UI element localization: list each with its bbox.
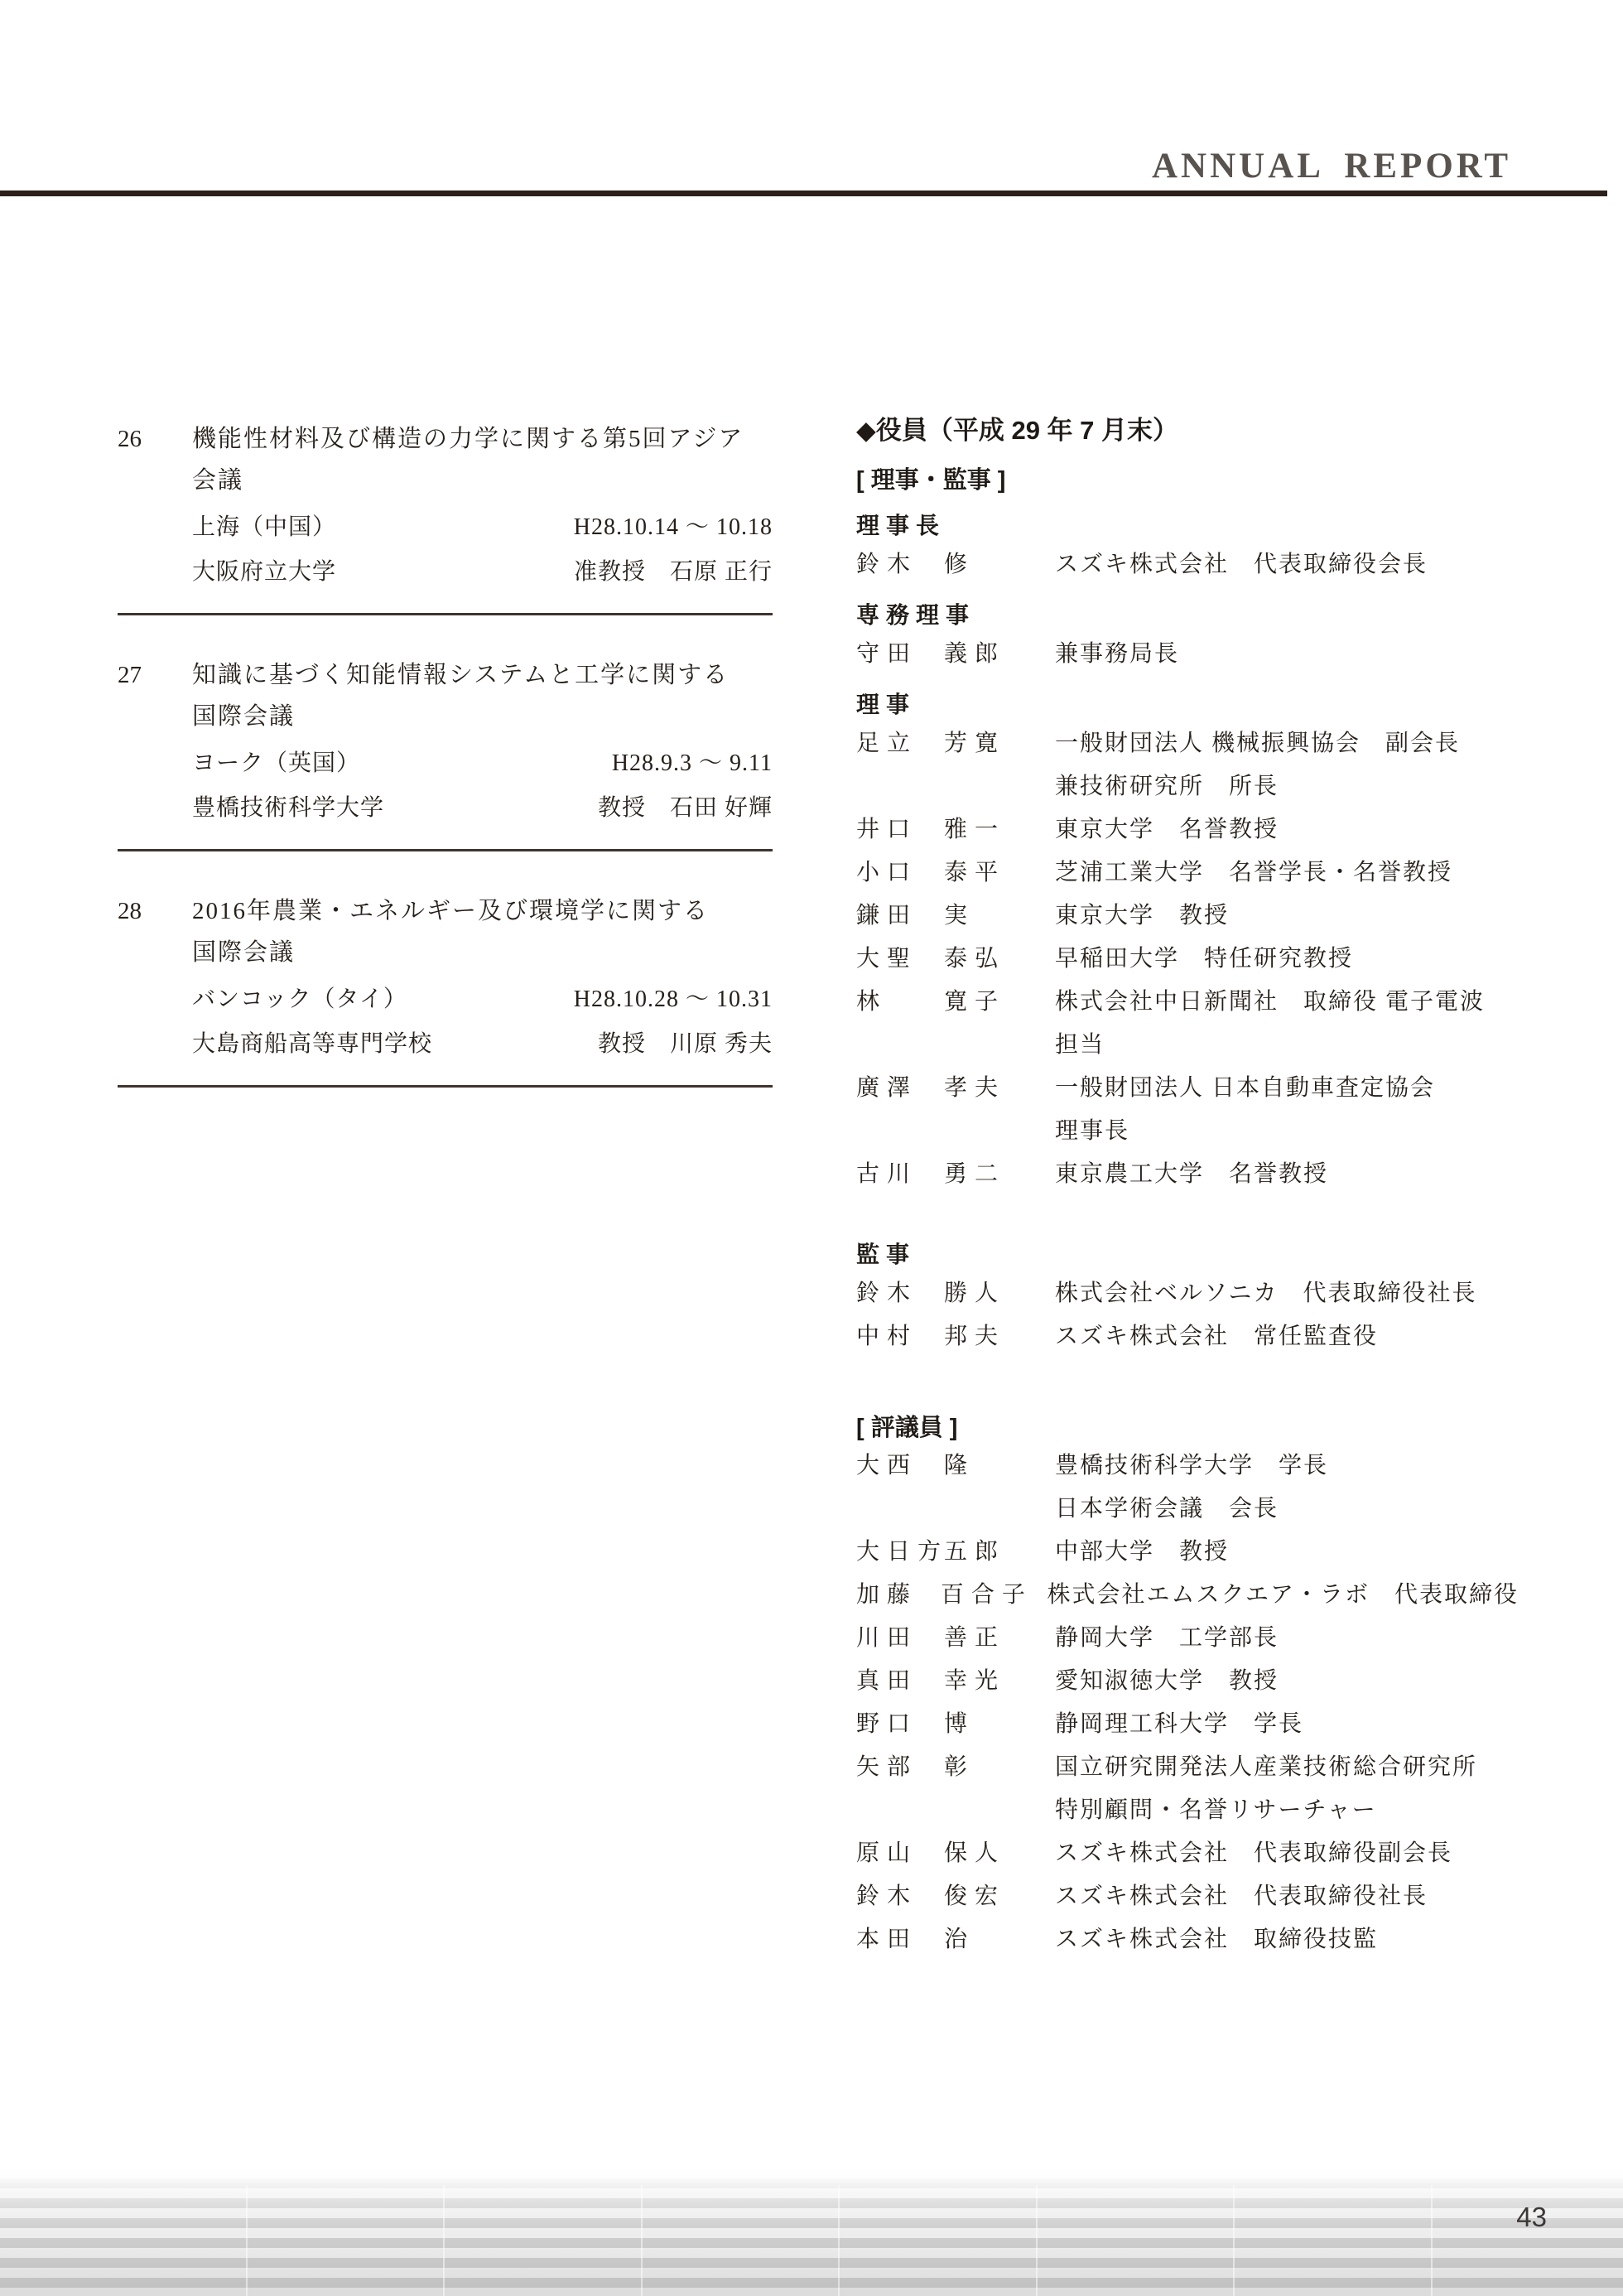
conference-venue: 上海（中国） <box>192 509 336 546</box>
member-row: 廣澤 孝夫 一般財団法人 日本自動車査定協会 理事長 <box>856 1067 1519 1153</box>
member-row: 守田 義郎 兼事務局長 <box>856 633 1519 676</box>
conference-date: H28.9.3 ～ 9.11 <box>612 745 773 782</box>
conference-venue: ヨーク（英国） <box>192 745 360 782</box>
conference-number: 26 <box>118 418 192 501</box>
member-row: 中村 邦夫 スズキ株式会社 常任監査役 <box>856 1315 1519 1358</box>
member-family-name: 中村 <box>856 1315 944 1358</box>
member-affiliation: 株式会社中日新聞社 取締役 電子電波 担当 <box>1055 981 1519 1067</box>
conference-title-line1: 2016年農業・エネルギー及び環境学に関する <box>192 890 773 932</box>
conference-title-line1: 知識に基づく知能情報システムと工学に関する <box>192 654 773 696</box>
conference-organization: 豊橋技術科学大学 <box>192 790 384 827</box>
conference-date: H28.10.14 ～ 10.18 <box>574 509 773 546</box>
member-family-name: 真田 <box>856 1660 944 1703</box>
section-label-auditors: 監事 <box>856 1237 1519 1272</box>
member-family-name: 鎌田 <box>856 895 944 938</box>
footer-grid-line <box>246 2185 248 2296</box>
header-rule <box>0 191 1607 196</box>
member-family-name: 鈴木 <box>856 543 944 586</box>
member-given-name: 邦夫 <box>944 1315 1055 1358</box>
member-family-name: 小口 <box>856 851 944 895</box>
member-row: 古川 勇二 東京農工大学 名誉教授 <box>856 1153 1519 1196</box>
conference-title-line1: 機能性材料及び構造の力学に関する第5回アジア <box>192 418 773 460</box>
member-row: 鈴木 修 スズキ株式会社 代表取締役会長 <box>856 543 1519 586</box>
conference-item: 26 機能性材料及び構造の力学に関する第5回アジア 会議 上海（中国） H28.… <box>118 418 773 615</box>
councilor-row: 野口 博 静岡理工科大学 学長 <box>856 1703 1519 1746</box>
member-family-name: 大西 <box>856 1445 944 1488</box>
member-family-name: 大日方 <box>856 1531 944 1574</box>
member-family-name: 井口 <box>856 808 944 851</box>
member-given-name: 彰 <box>944 1746 1055 1789</box>
member-given-name: 孝夫 <box>944 1067 1055 1110</box>
officers-heading: ◆役員（平成 29 年 7 月末） <box>856 414 1519 447</box>
member-affiliation: 一般財団法人 機械振興協会 副会長 兼技術研究所 所長 <box>1055 722 1519 808</box>
member-row: 大聖 泰弘 早稲田大学 特任研究教授 <box>856 938 1519 981</box>
member-row: 井口 雅一 東京大学 名誉教授 <box>856 808 1519 851</box>
member-given-name: 泰弘 <box>944 938 1055 981</box>
councilor-row: 本田 治 スズキ株式会社 取締役技監 <box>856 1918 1519 1961</box>
footer-stripes: 43 <box>0 2168 1623 2296</box>
member-affiliation: スズキ株式会社 代表取締役副会長 <box>1055 1832 1519 1875</box>
member-affiliation: スズキ株式会社 代表取締役社長 <box>1055 1875 1519 1918</box>
conference-item: 27 知識に基づく知能情報システムと工学に関する 国際会議 ヨーク（英国） H2… <box>118 654 773 851</box>
member-given-name: 五郎 <box>944 1531 1055 1574</box>
councilors-label: [ 評議員 ] <box>856 1411 1519 1445</box>
member-family-name: 鈴木 <box>856 1875 944 1918</box>
officers-list: ◆役員（平成 29 年 7 月末） [ 理事・監事 ] 理事長 鈴木 修 スズキ… <box>856 414 1519 1961</box>
member-family-name: 古川 <box>856 1153 944 1196</box>
member-affiliation: 東京大学 名誉教授 <box>1055 808 1519 851</box>
member-family-name: 足立 <box>856 722 944 765</box>
conference-org-row: 大島商船高等専門学校 教授 川原 秀夫 <box>118 1026 773 1063</box>
member-affiliation: 株式会社ベルソニカ 代表取締役社長 <box>1055 1272 1519 1315</box>
member-given-name: 善正 <box>944 1617 1055 1660</box>
footer-grid-line <box>1036 2185 1038 2296</box>
member-affiliation: 東京大学 教授 <box>1055 895 1519 938</box>
member-family-name: 矢部 <box>856 1746 944 1789</box>
conference-venue-row: バンコック（タイ） H28.10.28 ～ 10.31 <box>118 982 773 1018</box>
member-family-name: 林 <box>856 981 944 1024</box>
member-affiliation: 芝浦工業大学 名誉学長・名誉教授 <box>1055 851 1519 895</box>
councilor-row: 大日方 五郎 中部大学 教授 <box>856 1531 1519 1574</box>
member-given-name: 幸光 <box>944 1660 1055 1703</box>
member-row: 鈴木 勝人 株式会社ベルソニカ 代表取締役社長 <box>856 1272 1519 1315</box>
member-row: 足立 芳寛 一般財団法人 機械振興協会 副会長 兼技術研究所 所長 <box>856 722 1519 808</box>
member-given-name: 百合子 <box>941 1574 1047 1617</box>
member-given-name: 芳寛 <box>944 722 1055 765</box>
member-affiliation: 早稲田大学 特任研究教授 <box>1055 938 1519 981</box>
councilor-row: 川田 善正 静岡大学 工学部長 <box>856 1617 1519 1660</box>
member-given-name: 隆 <box>944 1445 1055 1488</box>
member-family-name: 鈴木 <box>856 1272 944 1315</box>
councilor-row: 原山 保人 スズキ株式会社 代表取締役副会長 <box>856 1832 1519 1875</box>
member-family-name: 本田 <box>856 1918 944 1961</box>
member-family-name: 守田 <box>856 633 944 676</box>
conference-title: 機能性材料及び構造の力学に関する第5回アジア 会議 <box>192 418 773 501</box>
page-header-title: ANNUAL REPORT <box>1152 146 1511 186</box>
footer-grid-line <box>1233 2185 1235 2296</box>
conference-title-line2: 国際会議 <box>192 932 773 973</box>
member-affiliation: 国立研究開発法人産業技術総合研究所 特別顧問・名誉リサーチャー <box>1055 1746 1519 1832</box>
member-given-name: 勇二 <box>944 1153 1055 1196</box>
member-affiliation: スズキ株式会社 常任監査役 <box>1055 1315 1519 1358</box>
member-given-name: 雅一 <box>944 808 1055 851</box>
member-row: 林 寛子 株式会社中日新聞社 取締役 電子電波 担当 <box>856 981 1519 1067</box>
conference-person: 教授 石田 好輝 <box>598 790 773 827</box>
conference-title: 2016年農業・エネルギー及び環境学に関する 国際会議 <box>192 890 773 973</box>
member-family-name: 加藤 <box>856 1574 941 1617</box>
member-affiliation: 静岡理工科大学 学長 <box>1055 1703 1519 1746</box>
member-affiliation: 一般財団法人 日本自動車査定協会 理事長 <box>1055 1067 1519 1153</box>
conference-person: 教授 川原 秀夫 <box>598 1026 773 1063</box>
conference-title: 知識に基づく知能情報システムと工学に関する 国際会議 <box>192 654 773 737</box>
conference-list: 26 機能性材料及び構造の力学に関する第5回アジア 会議 上海（中国） H28.… <box>118 418 773 1126</box>
footer-grid-line <box>1431 2185 1433 2296</box>
member-family-name: 廣澤 <box>856 1067 944 1110</box>
member-family-name: 川田 <box>856 1617 944 1660</box>
member-row: 鎌田 実 東京大学 教授 <box>856 895 1519 938</box>
member-affiliation: 中部大学 教授 <box>1055 1531 1519 1574</box>
conference-venue-row: ヨーク（英国） H28.9.3 ～ 9.11 <box>118 745 773 782</box>
member-family-name: 原山 <box>856 1832 944 1875</box>
councilor-row: 加藤 百合子 株式会社エムスクエア・ラボ 代表取締役 <box>856 1574 1519 1617</box>
footer-grid-line <box>443 2185 445 2296</box>
member-affiliation: スズキ株式会社 取締役技監 <box>1055 1918 1519 1961</box>
conference-person: 准教授 石原 正行 <box>574 554 773 591</box>
footer-grid-line <box>838 2185 840 2296</box>
conference-org-row: 豊橋技術科学大学 教授 石田 好輝 <box>118 790 773 827</box>
conference-title-row: 26 機能性材料及び構造の力学に関する第5回アジア 会議 <box>118 418 773 501</box>
member-affiliation: 東京農工大学 名誉教授 <box>1055 1153 1519 1196</box>
report-page: ANNUAL REPORT 26 機能性材料及び構造の力学に関する第5回アジア … <box>0 0 1623 2296</box>
conference-title-line2: 国際会議 <box>192 696 773 737</box>
conference-venue-row: 上海（中国） H28.10.14 ～ 10.18 <box>118 509 773 546</box>
councilor-row: 鈴木 俊宏 スズキ株式会社 代表取締役社長 <box>856 1875 1519 1918</box>
councilor-row: 矢部 彰 国立研究開発法人産業技術総合研究所 特別顧問・名誉リサーチャー <box>856 1746 1519 1832</box>
conference-organization: 大阪府立大学 <box>192 554 336 591</box>
member-given-name: 勝人 <box>944 1272 1055 1315</box>
section-label-executive-director: 専務理事 <box>856 598 1519 633</box>
page-number: 43 <box>1516 2202 1547 2233</box>
member-affiliation: 静岡大学 工学部長 <box>1055 1617 1519 1660</box>
member-row: 小口 泰平 芝浦工業大学 名誉学長・名誉教授 <box>856 851 1519 895</box>
member-affiliation: 豊橋技術科学大学 学長 日本学術会議 会長 <box>1055 1445 1519 1531</box>
councilor-row: 大西 隆 豊橋技術科学大学 学長 日本学術会議 会長 <box>856 1445 1519 1531</box>
footer-grid-line <box>641 2185 643 2296</box>
conference-title-row: 28 2016年農業・エネルギー及び環境学に関する 国際会議 <box>118 890 773 973</box>
member-given-name: 博 <box>944 1703 1055 1746</box>
conference-org-row: 大阪府立大学 准教授 石原 正行 <box>118 554 773 591</box>
conference-item: 28 2016年農業・エネルギー及び環境学に関する 国際会議 バンコック（タイ）… <box>118 890 773 1088</box>
member-given-name: 泰平 <box>944 851 1055 895</box>
section-label-directors: 理事 <box>856 687 1519 722</box>
member-affiliation: 愛知淑徳大学 教授 <box>1055 1660 1519 1703</box>
member-given-name: 保人 <box>944 1832 1055 1875</box>
member-family-name: 大聖 <box>856 938 944 981</box>
conference-number: 27 <box>118 654 192 737</box>
member-given-name: 俊宏 <box>944 1875 1055 1918</box>
member-given-name: 治 <box>944 1918 1055 1961</box>
conference-title-line2: 会議 <box>192 460 773 501</box>
board-auditors-label: [ 理事・監事 ] <box>856 464 1519 497</box>
member-given-name: 修 <box>944 543 1055 586</box>
conference-title-row: 27 知識に基づく知能情報システムと工学に関する 国際会議 <box>118 654 773 737</box>
conference-venue: バンコック（タイ） <box>192 982 407 1018</box>
member-given-name: 実 <box>944 895 1055 938</box>
conference-number: 28 <box>118 890 192 973</box>
member-affiliation: 株式会社エムスクエア・ラボ 代表取締役 <box>1047 1574 1519 1617</box>
conference-date: H28.10.28 ～ 10.31 <box>574 982 773 1018</box>
member-affiliation: スズキ株式会社 代表取締役会長 <box>1055 543 1519 586</box>
member-affiliation: 兼事務局長 <box>1055 633 1519 676</box>
section-label-chairman: 理事長 <box>856 509 1519 543</box>
member-given-name: 寛子 <box>944 981 1055 1024</box>
conference-organization: 大島商船高等専門学校 <box>192 1026 432 1063</box>
councilor-row: 真田 幸光 愛知淑徳大学 教授 <box>856 1660 1519 1703</box>
member-given-name: 義郎 <box>944 633 1055 676</box>
member-family-name: 野口 <box>856 1703 944 1746</box>
